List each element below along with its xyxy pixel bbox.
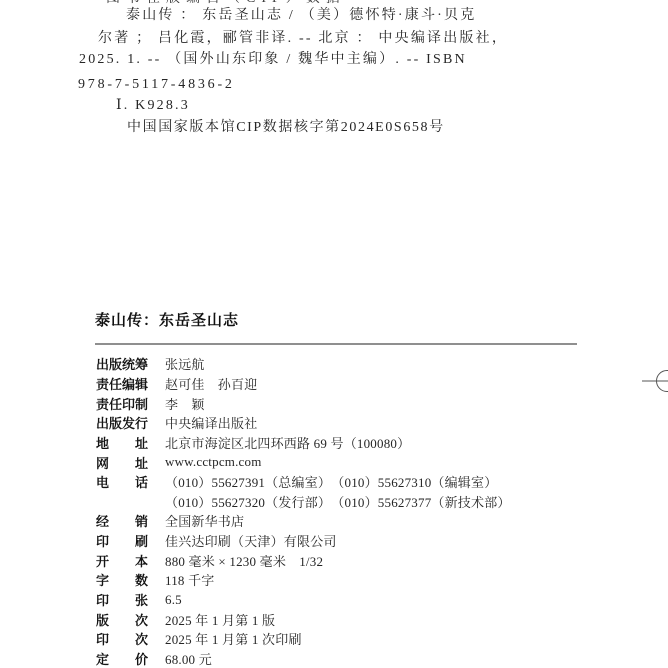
colophon-row: 责任印制李 颖 <box>96 393 596 413</box>
cip-line: Ⅰ. K928.3 <box>116 97 190 115</box>
divider-rule <box>95 343 577 345</box>
colophon-value: 68.00 元 <box>165 649 212 668</box>
colophon-value: 张远航 <box>165 354 205 373</box>
colophon-label: 印 张 <box>96 590 165 609</box>
page: { "title": "泰山传：东岳圣山志", "cip": { "clippe… <box>0 0 668 668</box>
colophon-value: 118 千字 <box>165 570 214 589</box>
colophon-value: 6.5 <box>165 592 182 608</box>
colophon-row: 版 次2025 年 1 月第 1 版 <box>96 609 596 629</box>
colophon-row: 经 销全国新华书店 <box>96 511 596 531</box>
colophon-label: 责任编辑 <box>96 374 165 393</box>
book-title: 泰山传：东岳圣山志 <box>95 311 239 331</box>
colophon-row: 责任编辑赵可佳 孙百迎 <box>96 374 596 394</box>
colophon-row: 印 张6.5 <box>96 590 596 610</box>
cip-clipped-line-text: 图书在版编目（CIP）数据 <box>106 0 426 5</box>
colophon-row: （010）55627320（发行部） （010）55627377（新技术部） <box>96 491 596 511</box>
colophon-row: 开 本880 毫米 × 1230 毫米 1/32 <box>96 550 596 570</box>
colophon-label: 电 话 <box>96 472 165 491</box>
colophon-value: www.cctpcm.com <box>165 454 262 470</box>
colophon-row: 印 次2025 年 1 月第 1 次印刷 <box>96 629 596 649</box>
colophon-label: 责任印制 <box>96 394 165 413</box>
colophon-value: （010）55627391（总编室） （010）55627310（编辑室） <box>165 472 497 491</box>
colophon-value: （010）55627320（发行部） （010）55627377（新技术部） <box>165 492 511 511</box>
colophon-row: 字 数118 千字 <box>96 570 596 590</box>
colophon-value: 佳兴达印刷（天津）有限公司 <box>165 531 337 550</box>
cip-line: 978-7-5117-4836-2 <box>78 76 235 94</box>
colophon-label: 地 址 <box>96 433 165 452</box>
colophon-row: 出版发行中央编译出版社 <box>96 413 596 433</box>
colophon-label: 出版统筹 <box>96 354 165 373</box>
cip-line: 尔著 ； 吕化霞，郦管非译. -- 北京 ： 中央编译出版社， <box>98 30 508 48</box>
colophon-value: 李 颖 <box>165 394 205 413</box>
colophon-value: 2025 年 1 月第 1 次印刷 <box>165 629 302 648</box>
colophon-value: 全国新华书店 <box>165 511 244 530</box>
colophon-value: 880 毫米 × 1230 毫米 1/32 <box>165 551 323 570</box>
colophon-label: 印 次 <box>96 629 165 648</box>
colophon-table: 出版统筹张远航责任编辑赵可佳 孙百迎责任印制李 颖出版发行中央编译出版社地 址北… <box>96 354 596 668</box>
colophon-row: 网 址www.cctpcm.com <box>96 452 596 472</box>
colophon-value: 2025 年 1 月第 1 版 <box>165 610 275 629</box>
colophon-label: 网 址 <box>96 453 165 472</box>
colophon-label: 出版发行 <box>96 413 165 432</box>
colophon-row: 定 价68.00 元 <box>96 649 596 668</box>
cip-clipped-line: 图书在版编目（CIP）数据 <box>106 0 426 5</box>
cip-line: 中国国家版本馆CIP数据核字第2024E0S658号 <box>127 119 445 137</box>
colophon-row: 地 址北京市海淀区北四环西路 69 号（100080） <box>96 433 596 453</box>
colophon-label: 字 数 <box>96 570 165 589</box>
colophon-row: 电 话（010）55627391（总编室） （010）55627310（编辑室） <box>96 472 596 492</box>
colophon-value: 北京市海淀区北四环西路 69 号（100080） <box>165 433 410 452</box>
registration-mark-icon <box>642 368 668 394</box>
colophon-label: 印 刷 <box>96 531 165 550</box>
colophon-label: 版 次 <box>96 610 165 629</box>
colophon-row: 出版统筹张远航 <box>96 354 596 374</box>
cip-line: 2025. 1. -- （国外山东印象 / 魏华中主编）. -- ISBN <box>79 51 467 69</box>
colophon-value: 中央编译出版社 <box>165 413 257 432</box>
colophon-row: 印 刷佳兴达印刷（天津）有限公司 <box>96 531 596 551</box>
cip-line: 泰山传 ： 东岳圣山志 / （美）德怀特·康斗·贝克 <box>126 7 476 25</box>
colophon-value: 赵可佳 孙百迎 <box>165 374 257 393</box>
colophon-label: 开 本 <box>96 551 165 570</box>
colophon-label: 定 价 <box>96 649 165 668</box>
colophon-label: 经 销 <box>96 511 165 530</box>
